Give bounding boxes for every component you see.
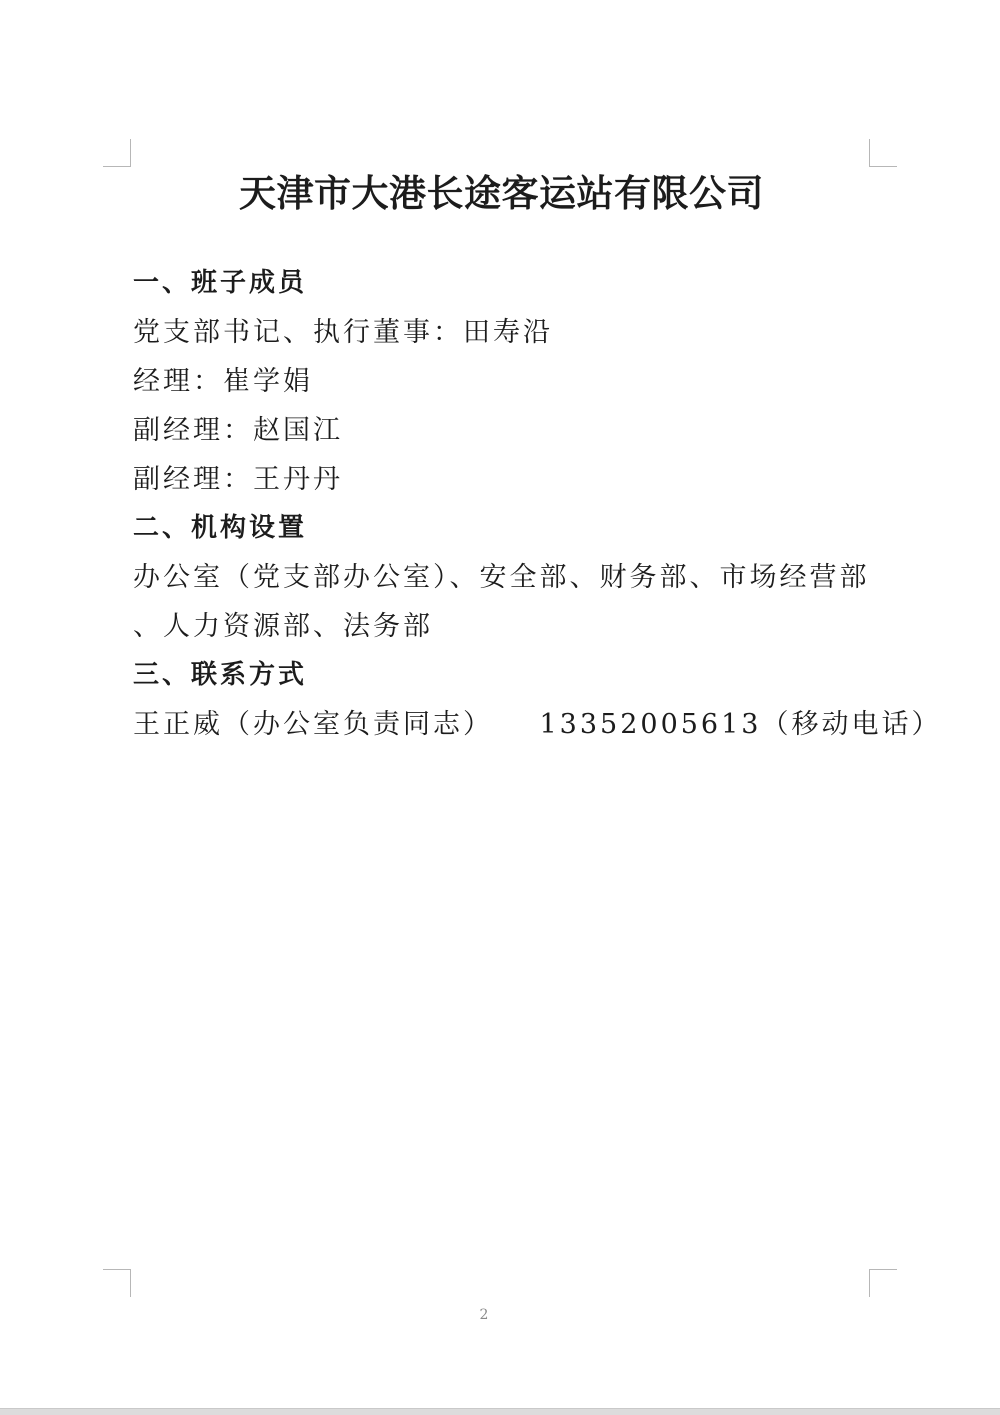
section-heading-contact: 三、联系方式: [133, 651, 870, 700]
section-team-members: 一、班子成员 党支部书记、执行董事：田寿沿 经理：崔学娟 副经理：赵国江 副经理…: [133, 259, 870, 504]
section-heading-organization: 二、机构设置: [133, 504, 870, 553]
margin-mark-top-right: [869, 139, 897, 167]
section-contact: 三、联系方式 王正威（办公室负责同志） 13352005613（移动电话）: [133, 651, 870, 749]
margin-mark-bottom-right: [869, 1269, 897, 1297]
organization-line: 、人力资源部、法务部: [133, 602, 870, 651]
document-page: 天津市大港长途客运站有限公司 一、班子成员 党支部书记、执行董事：田寿沿 经理：…: [0, 0, 1000, 1415]
team-member-line: 副经理：王丹丹: [133, 455, 870, 504]
section-organization: 二、机构设置 办公室（党支部办公室）、安全部、财务部、市场经营部 、人力资源部、…: [133, 504, 870, 651]
section-heading-team-members: 一、班子成员: [133, 259, 870, 308]
page-bottom-edge: [0, 1408, 1000, 1415]
margin-mark-bottom-left: [103, 1269, 131, 1297]
team-member-line: 经理：崔学娟: [133, 357, 870, 406]
page-number: 2: [0, 1306, 968, 1324]
contact-line: 王正威（办公室负责同志） 13352005613（移动电话）: [133, 700, 870, 749]
document-content: 天津市大港长途客运站有限公司 一、班子成员 党支部书记、执行董事：田寿沿 经理：…: [133, 168, 870, 749]
organization-line: 办公室（党支部办公室）、安全部、财务部、市场经营部: [133, 553, 870, 602]
document-title: 天津市大港长途客运站有限公司: [133, 168, 870, 218]
team-member-line: 副经理：赵国江: [133, 406, 870, 455]
margin-mark-top-left: [103, 139, 131, 167]
team-member-line: 党支部书记、执行董事：田寿沿: [133, 308, 870, 357]
